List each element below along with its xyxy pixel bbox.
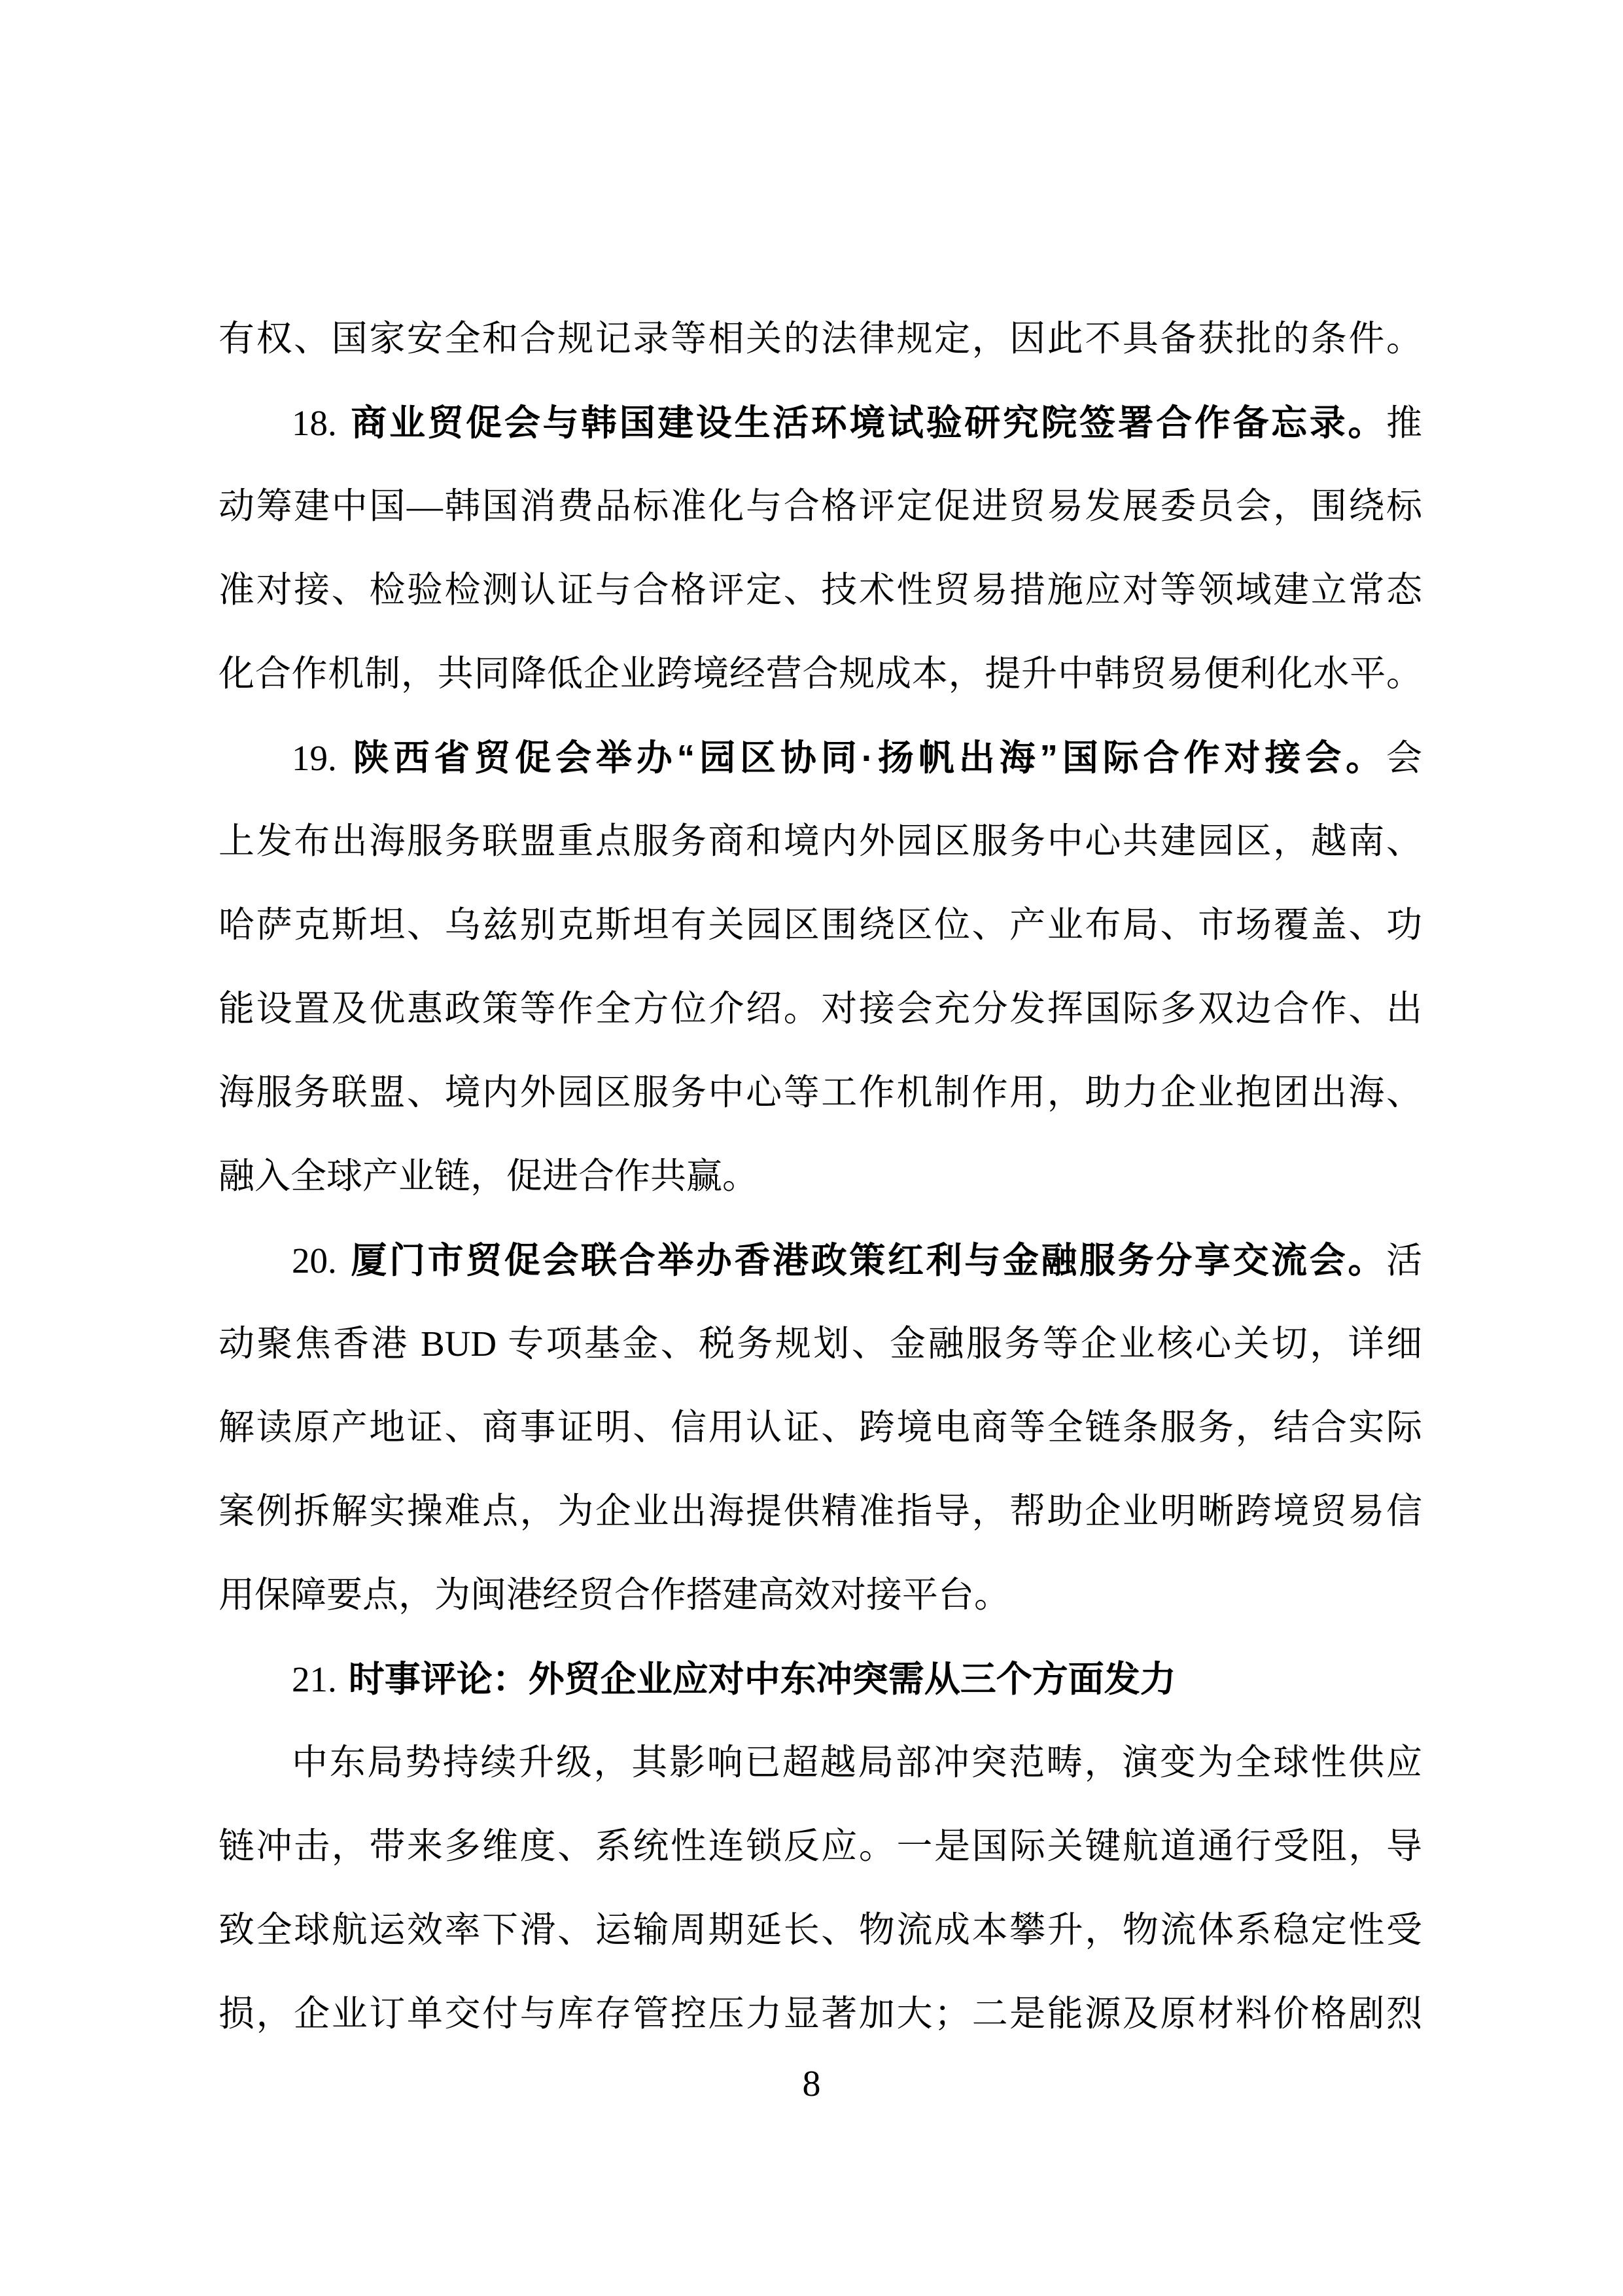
line-text: 哈萨克斯坦、乌兹别克斯坦有关园区围绕区位、产业布局、市场覆盖、功 — [218, 905, 1422, 945]
paragraph-continuation: 有权、国家安全和合规记录等相关的法律规定，因此不具备获批的条件。 — [218, 297, 1422, 381]
line-text: 化合作机制，共同降低企业跨境经营合规成本，提升中韩贸易便利化水平。 — [218, 654, 1422, 694]
line-text: 案例拆解实操难点，为企业出海提供精准指导，帮助企业明晰跨境贸易信 — [218, 1491, 1422, 1531]
item-number: 19. — [292, 738, 337, 778]
text-line: 链冲击，带来多维度、系统性连锁反应。一是国际关键航道通行受阻，导 — [218, 1805, 1422, 1888]
item-number: 20. — [292, 1241, 337, 1280]
line-text: 融入全球产业链，促进合作共赢。 — [218, 1156, 758, 1196]
line-text: 解读原产地证、商事证明、信用认证、跨境电商等全链条服务，结合实际 — [218, 1407, 1422, 1447]
text-line: 21.时事评论：外贸企业应对中东冲突需从三个方面发力 — [218, 1637, 1422, 1721]
text-line: 用保障要点，为闽港经贸合作搭建高效对接平台。 — [218, 1553, 1422, 1637]
text-line: 致全球航运效率下滑、运输周期延长、物流成本攀升，物流体系稳定性受 — [218, 1888, 1422, 1972]
line-text: 动聚焦香港 BUD 专项基金、税务规划、金融服务等企业核心关切，详细 — [218, 1324, 1422, 1364]
item-number: 18. — [292, 403, 337, 443]
text-line: 融入全球产业链，促进合作共赢。 — [218, 1135, 1422, 1218]
text-line: 解读原产地证、商事证明、信用认证、跨境电商等全链条服务，结合实际 — [218, 1386, 1422, 1470]
item-title-bold: 陕西省贸促会举办“园区协同·扬帆出海”国际合作对接会。 — [349, 737, 1386, 778]
text-line: 损，企业订单交付与库存管控压力显著加大；二是能源及原材料价格剧烈 — [218, 1972, 1422, 2056]
text-line: 中东局势持续升级，其影响已超越局部冲突范畴，演变为全球性供应 — [218, 1721, 1422, 1805]
line-text: 中东局势持续升级，其影响已超越局部冲突范畴，演变为全球性供应 — [292, 1742, 1422, 1782]
text-line: 准对接、检验检测认证与合格评定、技术性贸易措施应对等领域建立常态 — [218, 548, 1422, 632]
page-footer: 8 — [0, 2064, 1623, 2104]
item-title-bold: 时事评论：外贸企业应对中东冲突需从三个方面发力 — [349, 1659, 1176, 1699]
text-line: 能设置及优惠政策等作全方位介绍。对接会充分发挥国际多双边合作、出 — [218, 967, 1422, 1051]
document-page: 有权、国家安全和合规记录等相关的法律规定，因此不具备获批的条件。 18.商业贸促… — [0, 0, 1623, 2296]
text-line: 海服务联盟、境内外园区服务中心等工作机制作用，助力企业抱团出海、 — [218, 1051, 1422, 1135]
text-column: 有权、国家安全和合规记录等相关的法律规定，因此不具备获批的条件。 18.商业贸促… — [218, 297, 1422, 2056]
line-text: 能设置及优惠政策等作全方位介绍。对接会充分发挥国际多双边合作、出 — [218, 989, 1422, 1029]
text-line: 化合作机制，共同降低企业跨境经营合规成本，提升中韩贸易便利化水平。 — [218, 632, 1422, 716]
line-text: 活 — [1386, 1241, 1422, 1280]
line-text: 有权、国家安全和合规记录等相关的法律规定，因此不具备获批的条件。 — [218, 319, 1422, 359]
text-line: 有权、国家安全和合规记录等相关的法律规定，因此不具备获批的条件。 — [218, 297, 1422, 381]
line-text: 用保障要点，为闽港经贸合作搭建高效对接平台。 — [218, 1575, 1010, 1615]
line-text: 海服务联盟、境内外园区服务中心等工作机制作用，助力企业抱团出海、 — [218, 1072, 1422, 1112]
text-line: 案例拆解实操难点，为企业出海提供精准指导，帮助企业明晰跨境贸易信 — [218, 1470, 1422, 1553]
text-line: 18.商业贸促会与韩国建设生活环境试验研究院签署合作备忘录。推 — [218, 381, 1422, 465]
line-text: 链冲击，带来多维度、系统性连锁反应。一是国际关键航道通行受阻，导 — [218, 1826, 1422, 1866]
line-text: 准对接、检验检测认证与合格评定、技术性贸易措施应对等领域建立常态 — [218, 570, 1422, 610]
text-line: 哈萨克斯坦、乌兹别克斯坦有关园区围绕区位、产业布局、市场覆盖、功 — [218, 883, 1422, 967]
paragraph-19: 19.陕西省贸促会举办“园区协同·扬帆出海”国际合作对接会。会 上发布出海服务联… — [218, 716, 1422, 1218]
text-line: 19.陕西省贸促会举办“园区协同·扬帆出海”国际合作对接会。会 — [218, 716, 1422, 800]
line-text: 推 — [1386, 403, 1422, 443]
text-line: 动聚焦香港 BUD 专项基金、税务规划、金融服务等企业核心关切，详细 — [218, 1302, 1422, 1386]
text-line: 动筹建中国—韩国消费品标准化与合格评定促进贸易发展委员会，围绕标 — [218, 465, 1422, 548]
line-text: 会 — [1386, 738, 1422, 778]
paragraph-18: 18.商业贸促会与韩国建设生活环境试验研究院签署合作备忘录。推 动筹建中国—韩国… — [218, 381, 1422, 716]
text-line: 20.厦门市贸促会联合举办香港政策红利与金融服务分享交流会。活 — [218, 1218, 1422, 1302]
item-title-bold: 商业贸促会与韩国建设生活环境试验研究院签署合作备忘录。 — [349, 402, 1386, 443]
line-text: 损，企业订单交付与库存管控压力显著加大；二是能源及原材料价格剧烈 — [218, 1994, 1422, 2034]
item-number: 21. — [292, 1659, 337, 1699]
page-number: 8 — [803, 2064, 821, 2104]
line-text: 致全球航运效率下滑、运输周期延长、物流成本攀升，物流体系稳定性受 — [218, 1910, 1422, 1950]
line-text: 动筹建中国—韩国消费品标准化与合格评定促进贸易发展委员会，围绕标 — [218, 486, 1422, 526]
line-text: 上发布出海服务联盟重点服务商和境内外园区服务中心共建园区，越南、 — [218, 821, 1422, 861]
paragraph-20: 20.厦门市贸促会联合举办香港政策红利与金融服务分享交流会。活 动聚焦香港 BU… — [218, 1218, 1422, 1637]
text-line: 上发布出海服务联盟重点服务商和境内外园区服务中心共建园区，越南、 — [218, 800, 1422, 883]
paragraph-21-body: 中东局势持续升级，其影响已超越局部冲突范畴，演变为全球性供应 链冲击，带来多维度… — [218, 1721, 1422, 2056]
paragraph-21-heading: 21.时事评论：外贸企业应对中东冲突需从三个方面发力 — [218, 1637, 1422, 1721]
item-title-bold: 厦门市贸促会联合举办香港政策红利与金融服务分享交流会。 — [349, 1240, 1386, 1280]
